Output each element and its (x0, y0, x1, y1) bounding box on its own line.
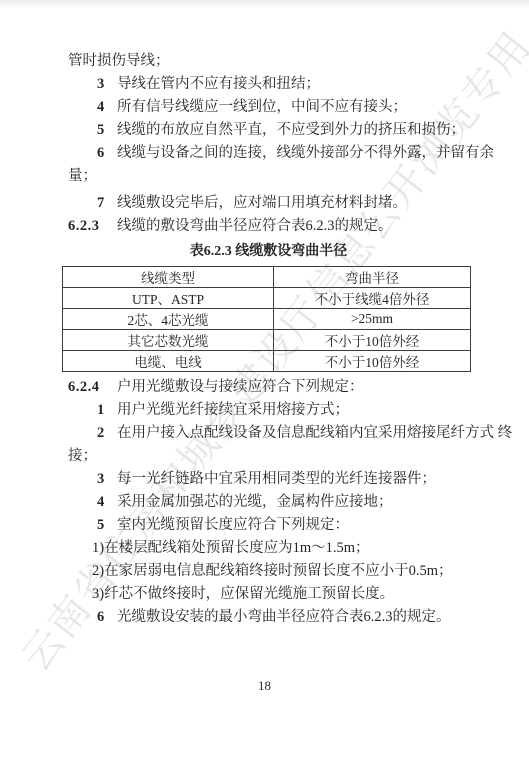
list-item: 5线缆的布放应自然平直，不应受到外力的挤压和损伤； (68, 119, 469, 142)
table-row: 2芯、4芯光缆 >25mm (63, 309, 471, 330)
sub-list-item: 1)在楼层配线箱处预留长度应为1m～1.5m； (68, 537, 469, 560)
document-page: 云南省住房和城乡建设厅信息公开浏览专用 管时损伤导线； 3导线在管内不应有接头和… (0, 0, 529, 767)
table-caption: 表6.2.3 线缆敷设弯曲半径 (68, 240, 469, 263)
page-number: 18 (0, 678, 529, 694)
text-line: 管时损伤导线； (68, 50, 469, 73)
item-text: 采用金属加强芯的光缆，金属构件应接地； (117, 494, 393, 510)
subitem-text: 1)在楼层配线箱处预留长度应为1m～1.5m； (92, 540, 370, 556)
table-header-row: 线缆类型 弯曲半径 (63, 267, 471, 288)
section-number: 6.2.4 (68, 376, 103, 399)
item-number: 6 (97, 606, 117, 629)
cell-cable-type: 其它芯数光缆 (63, 330, 274, 351)
item-text: 在用户接入点配线设备及信息配线箱内宜采用熔接尾纤方式 终 (117, 425, 512, 441)
item-number: 4 (97, 96, 117, 119)
item-text: 线缆敷设完毕后，应对端口用填充材料封堵。 (117, 195, 407, 211)
item-text: 室内光缆预留长度应符合下列规定： (117, 517, 349, 533)
cell-cable-type: 2芯、4芯光缆 (63, 309, 274, 330)
line-text: 量； (68, 168, 97, 184)
subitem-text: 3)纤芯不做终接时，应保留光缆施工预留长度。 (92, 586, 394, 602)
table-row: UTP、ASTP 不小于线缆4倍外径 (63, 288, 471, 309)
sub-list-item: 3)纤芯不做终接时，应保留光缆施工预留长度。 (68, 583, 469, 606)
list-item: 4采用金属加强芯的光缆，金属构件应接地； (68, 491, 469, 514)
item-number: 2 (97, 422, 117, 445)
cell-bend-radius: 不小于线缆4倍外径 (274, 288, 471, 309)
cell-cable-type: UTP、ASTP (63, 288, 274, 309)
text-line: 接； (68, 445, 469, 468)
item-text: 每一光纤链路中宜采用相同类型的光纤连接器件； (117, 471, 436, 487)
item-number: 1 (97, 399, 117, 422)
list-item: 6线缆与设备之间的连接，线缆外接部分不得外露，并留有余 (68, 142, 469, 165)
item-text: 用户光缆光纤接续宜采用熔接方式； (117, 402, 349, 418)
section-heading-6-2-4: 6.2.4户用光缆敷设与接续应符合下列规定： (68, 376, 469, 399)
cell-cable-type: 电缆、电线 (63, 351, 274, 372)
list-item: 7线缆敷设完毕后，应对端口用填充材料封堵。 (68, 192, 469, 215)
list-item: 4所有信号线缆应一线到位，中间不应有接头； (68, 96, 469, 119)
line-text: 管时损伤导线； (68, 53, 170, 69)
header-cell: 线缆类型 (63, 267, 274, 288)
subitem-text: 2)在家居弱电信息配线箱终接时预留长度不应小于0.5m； (92, 563, 452, 579)
list-item: 5室内光缆预留长度应符合下列规定： (68, 514, 469, 537)
item-text: 线缆与设备之间的连接，线缆外接部分不得外露，并留有余 (117, 145, 494, 161)
item-text: 光缆敷设安装的最小弯曲半径应符合表6.2.3的规定。 (117, 609, 451, 625)
line-text: 接； (68, 448, 97, 464)
item-number: 5 (97, 119, 117, 142)
section-heading-6-2-3: 6.2.3线缆的敷设弯曲半径应符合表6.2.3的规定。 (68, 215, 469, 238)
section-text: 户用光缆敷设与接续应符合下列规定： (117, 379, 364, 395)
item-text: 导线在管内不应有接头和扭结； (117, 76, 320, 92)
item-text: 线缆的布放应自然平直，不应受到外力的挤压和损伤； (117, 122, 465, 138)
list-item: 1用户光缆光纤接续宜采用熔接方式； (68, 399, 469, 422)
list-item: 3每一光纤链路中宜采用相同类型的光纤连接器件； (68, 468, 469, 491)
text-line: 量； (68, 165, 469, 188)
item-number: 6 (97, 142, 117, 165)
item-number: 5 (97, 514, 117, 537)
list-item: 3导线在管内不应有接头和扭结； (68, 73, 469, 96)
page-content: 管时损伤导线； 3导线在管内不应有接头和扭结； 4所有信号线缆应一线到位，中间不… (0, 0, 529, 629)
table-row: 其它芯数光缆 不小于10倍外经 (63, 330, 471, 351)
bend-radius-table: 线缆类型 弯曲半径 UTP、ASTP 不小于线缆4倍外径 2芯、4芯光缆 >25… (62, 266, 471, 372)
item-number: 7 (97, 192, 117, 215)
section-number: 6.2.3 (68, 215, 103, 238)
item-text: 所有信号线缆应一线到位，中间不应有接头； (117, 99, 407, 115)
cell-bend-radius: 不小于10倍外经 (274, 351, 471, 372)
sub-list-item: 2)在家居弱电信息配线箱终接时预留长度不应小于0.5m； (68, 560, 469, 583)
section-text: 线缆的敷设弯曲半径应符合表6.2.3的规定。 (117, 218, 393, 234)
item-number: 3 (97, 468, 117, 491)
item-number: 4 (97, 491, 117, 514)
item-number: 3 (97, 73, 117, 96)
header-cell: 弯曲半径 (274, 267, 471, 288)
cell-bend-radius: >25mm (274, 309, 471, 330)
list-item: 2在用户接入点配线设备及信息配线箱内宜采用熔接尾纤方式 终 (68, 422, 469, 445)
cell-bend-radius: 不小于10倍外经 (274, 330, 471, 351)
list-item: 6光缆敷设安装的最小弯曲半径应符合表6.2.3的规定。 (68, 606, 469, 629)
table-row: 电缆、电线 不小于10倍外经 (63, 351, 471, 372)
